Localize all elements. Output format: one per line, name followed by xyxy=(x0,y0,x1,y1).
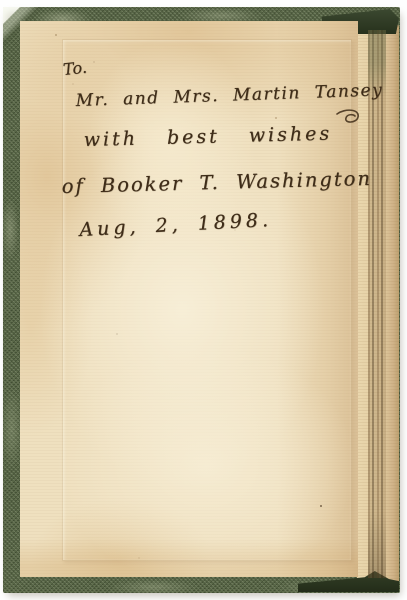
inscription-line-signature: of Booker T. Washington xyxy=(61,167,372,198)
signature-flourish xyxy=(336,107,364,127)
inscription-line-date: Aug, 2, 1898. xyxy=(79,209,273,241)
handwritten-inscription: To. Mr. and Mrs. Martin Tansey with best… xyxy=(0,0,407,600)
inscription-line-to: To. xyxy=(62,58,88,79)
inscription-line-wishes: with best wishes xyxy=(83,123,332,151)
book-photo: To. Mr. and Mrs. Martin Tansey with best… xyxy=(0,0,407,600)
